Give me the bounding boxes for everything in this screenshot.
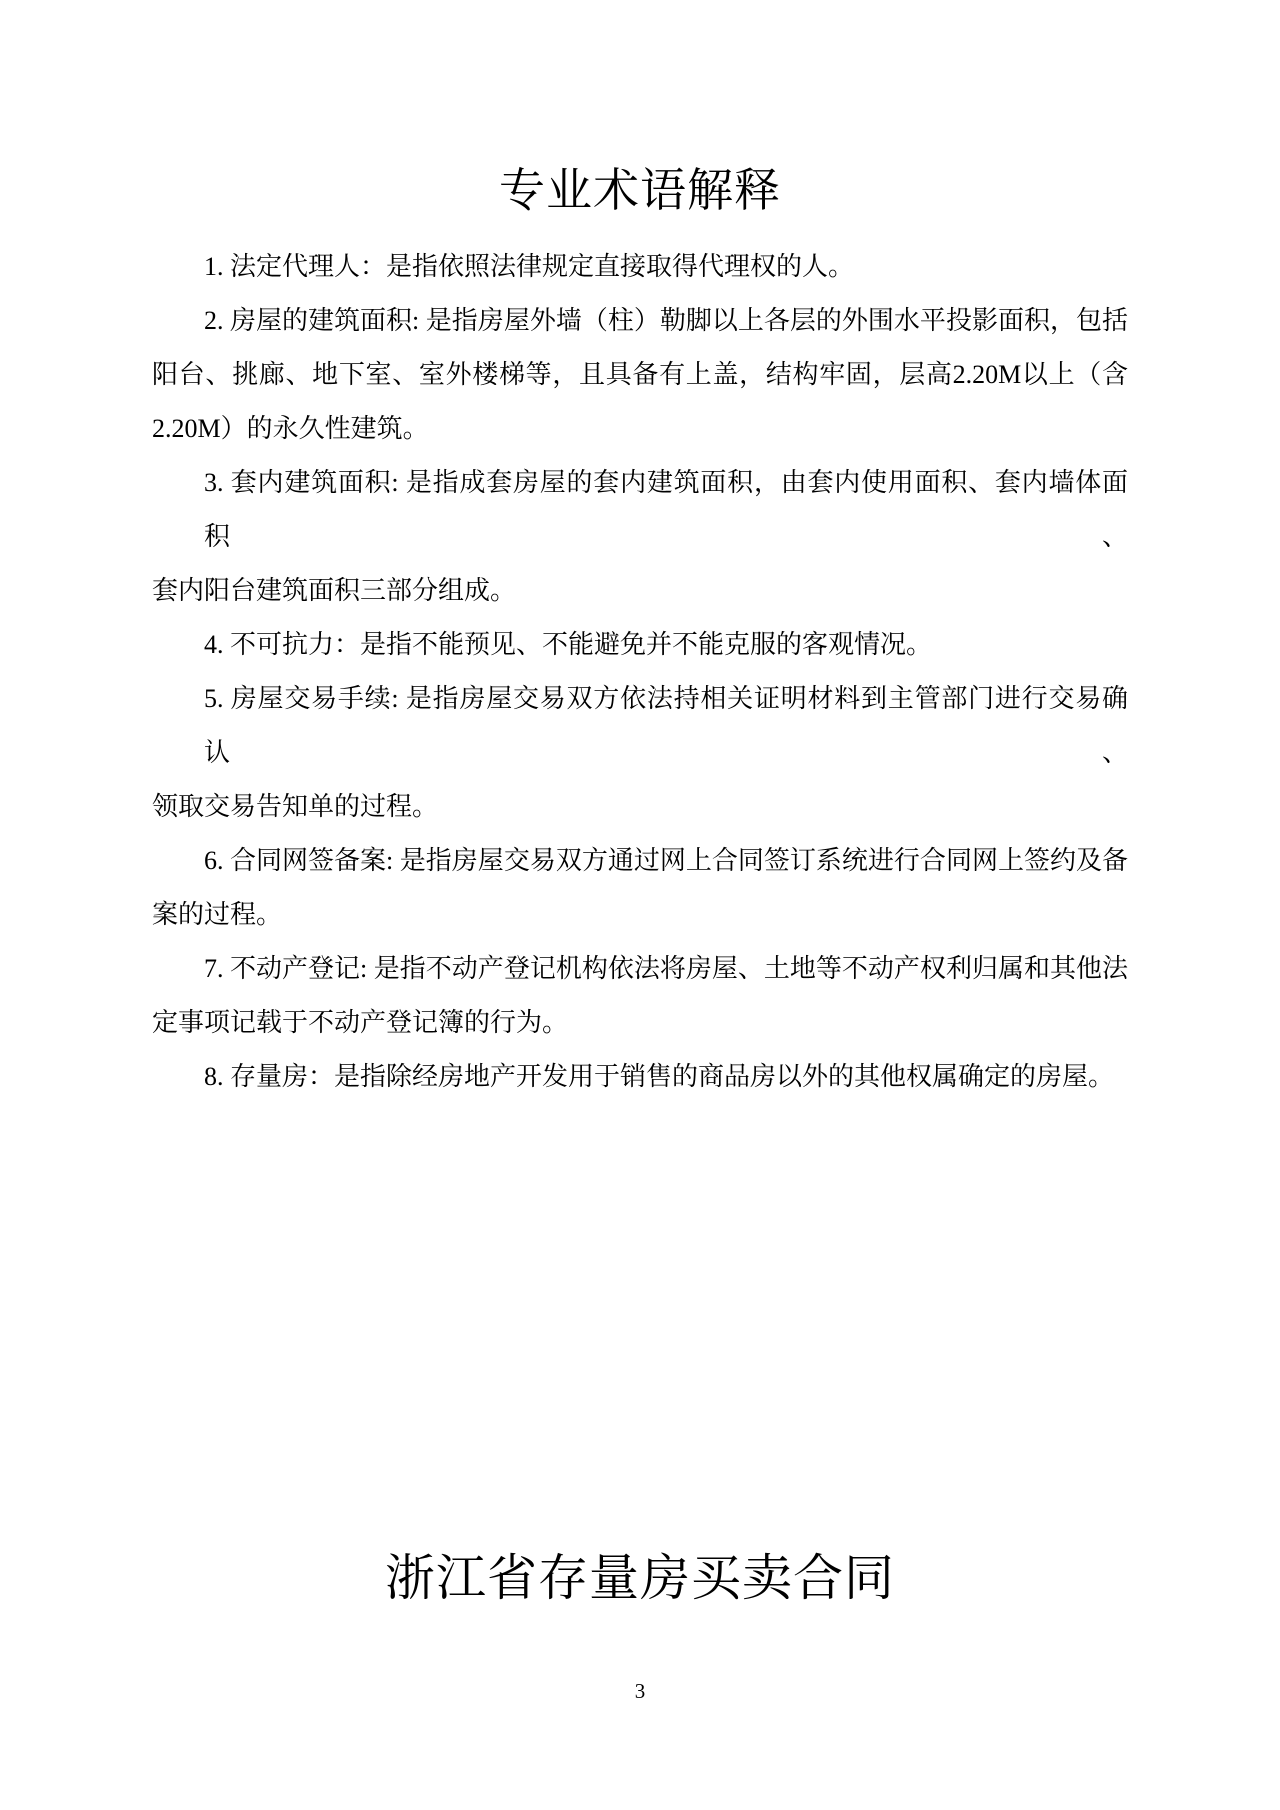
term-item-1: 1. 法定代理人：是指依照法律规定直接取得代理权的人。: [152, 240, 1128, 294]
term-item-4: 4. 不可抗力：是指不能预见、不能避免并不能克服的客观情况。: [152, 618, 1128, 672]
term-line: 套内阳台建筑面积三部分组成。: [152, 564, 1128, 618]
term-line: 3. 套内建筑面积: 是指成套房屋的套内建筑面积，由套内使用面积、套内墙体面积、: [152, 456, 1128, 564]
term-line: 1. 法定代理人：是指依照法律规定直接取得代理权的人。: [152, 240, 1128, 294]
term-line: 5. 房屋交易手续: 是指房屋交易双方依法持相关证明材料到主管部门进行交易确认、: [152, 672, 1128, 780]
term-item-7: 7. 不动产登记: 是指不动产登记机构依法将房屋、土地等不动产权利归属和其他法 …: [152, 942, 1128, 1050]
term-line: 定事项记载于不动产登记簿的行为。: [152, 996, 1128, 1050]
term-item-5: 5. 房屋交易手续: 是指房屋交易双方依法持相关证明材料到主管部门进行交易确认、…: [152, 672, 1128, 834]
document-page: 专业术语解释 1. 法定代理人：是指依照法律规定直接取得代理权的人。 2. 房屋…: [0, 0, 1280, 1810]
page-title: 专业术语解释: [0, 164, 1280, 216]
term-item-2: 2. 房屋的建筑面积: 是指房屋外墙（柱）勒脚以上各层的外围水平投影面积，包括 …: [152, 294, 1128, 456]
term-line: 2.20M）的永久性建筑。: [152, 402, 1128, 456]
term-line: 8. 存量房：是指除经房地产开发用于销售的商品房以外的其他权属确定的房屋。: [152, 1050, 1128, 1104]
contract-title: 浙江省存量房买卖合同: [0, 1548, 1280, 1608]
term-line: 6. 合同网签备案: 是指房屋交易双方通过网上合同签订系统进行合同网上签约及备: [152, 834, 1128, 888]
term-item-6: 6. 合同网签备案: 是指房屋交易双方通过网上合同签订系统进行合同网上签约及备 …: [152, 834, 1128, 942]
terms-section: 1. 法定代理人：是指依照法律规定直接取得代理权的人。 2. 房屋的建筑面积: …: [152, 240, 1128, 1104]
term-line: 7. 不动产登记: 是指不动产登记机构依法将房屋、土地等不动产权利归属和其他法: [152, 942, 1128, 996]
term-line: 4. 不可抗力：是指不能预见、不能避免并不能克服的客观情况。: [152, 618, 1128, 672]
term-line: 阳台、挑廊、地下室、室外楼梯等，且具备有上盖，结构牢固，层高2.20M以上（含: [152, 348, 1128, 402]
page-number: 3: [0, 1676, 1280, 1706]
term-line: 领取交易告知单的过程。: [152, 780, 1128, 834]
term-item-8: 8. 存量房：是指除经房地产开发用于销售的商品房以外的其他权属确定的房屋。: [152, 1050, 1128, 1104]
term-line: 2. 房屋的建筑面积: 是指房屋外墙（柱）勒脚以上各层的外围水平投影面积，包括: [152, 294, 1128, 348]
term-item-3: 3. 套内建筑面积: 是指成套房屋的套内建筑面积，由套内使用面积、套内墙体面积、…: [152, 456, 1128, 618]
term-line: 案的过程。: [152, 888, 1128, 942]
